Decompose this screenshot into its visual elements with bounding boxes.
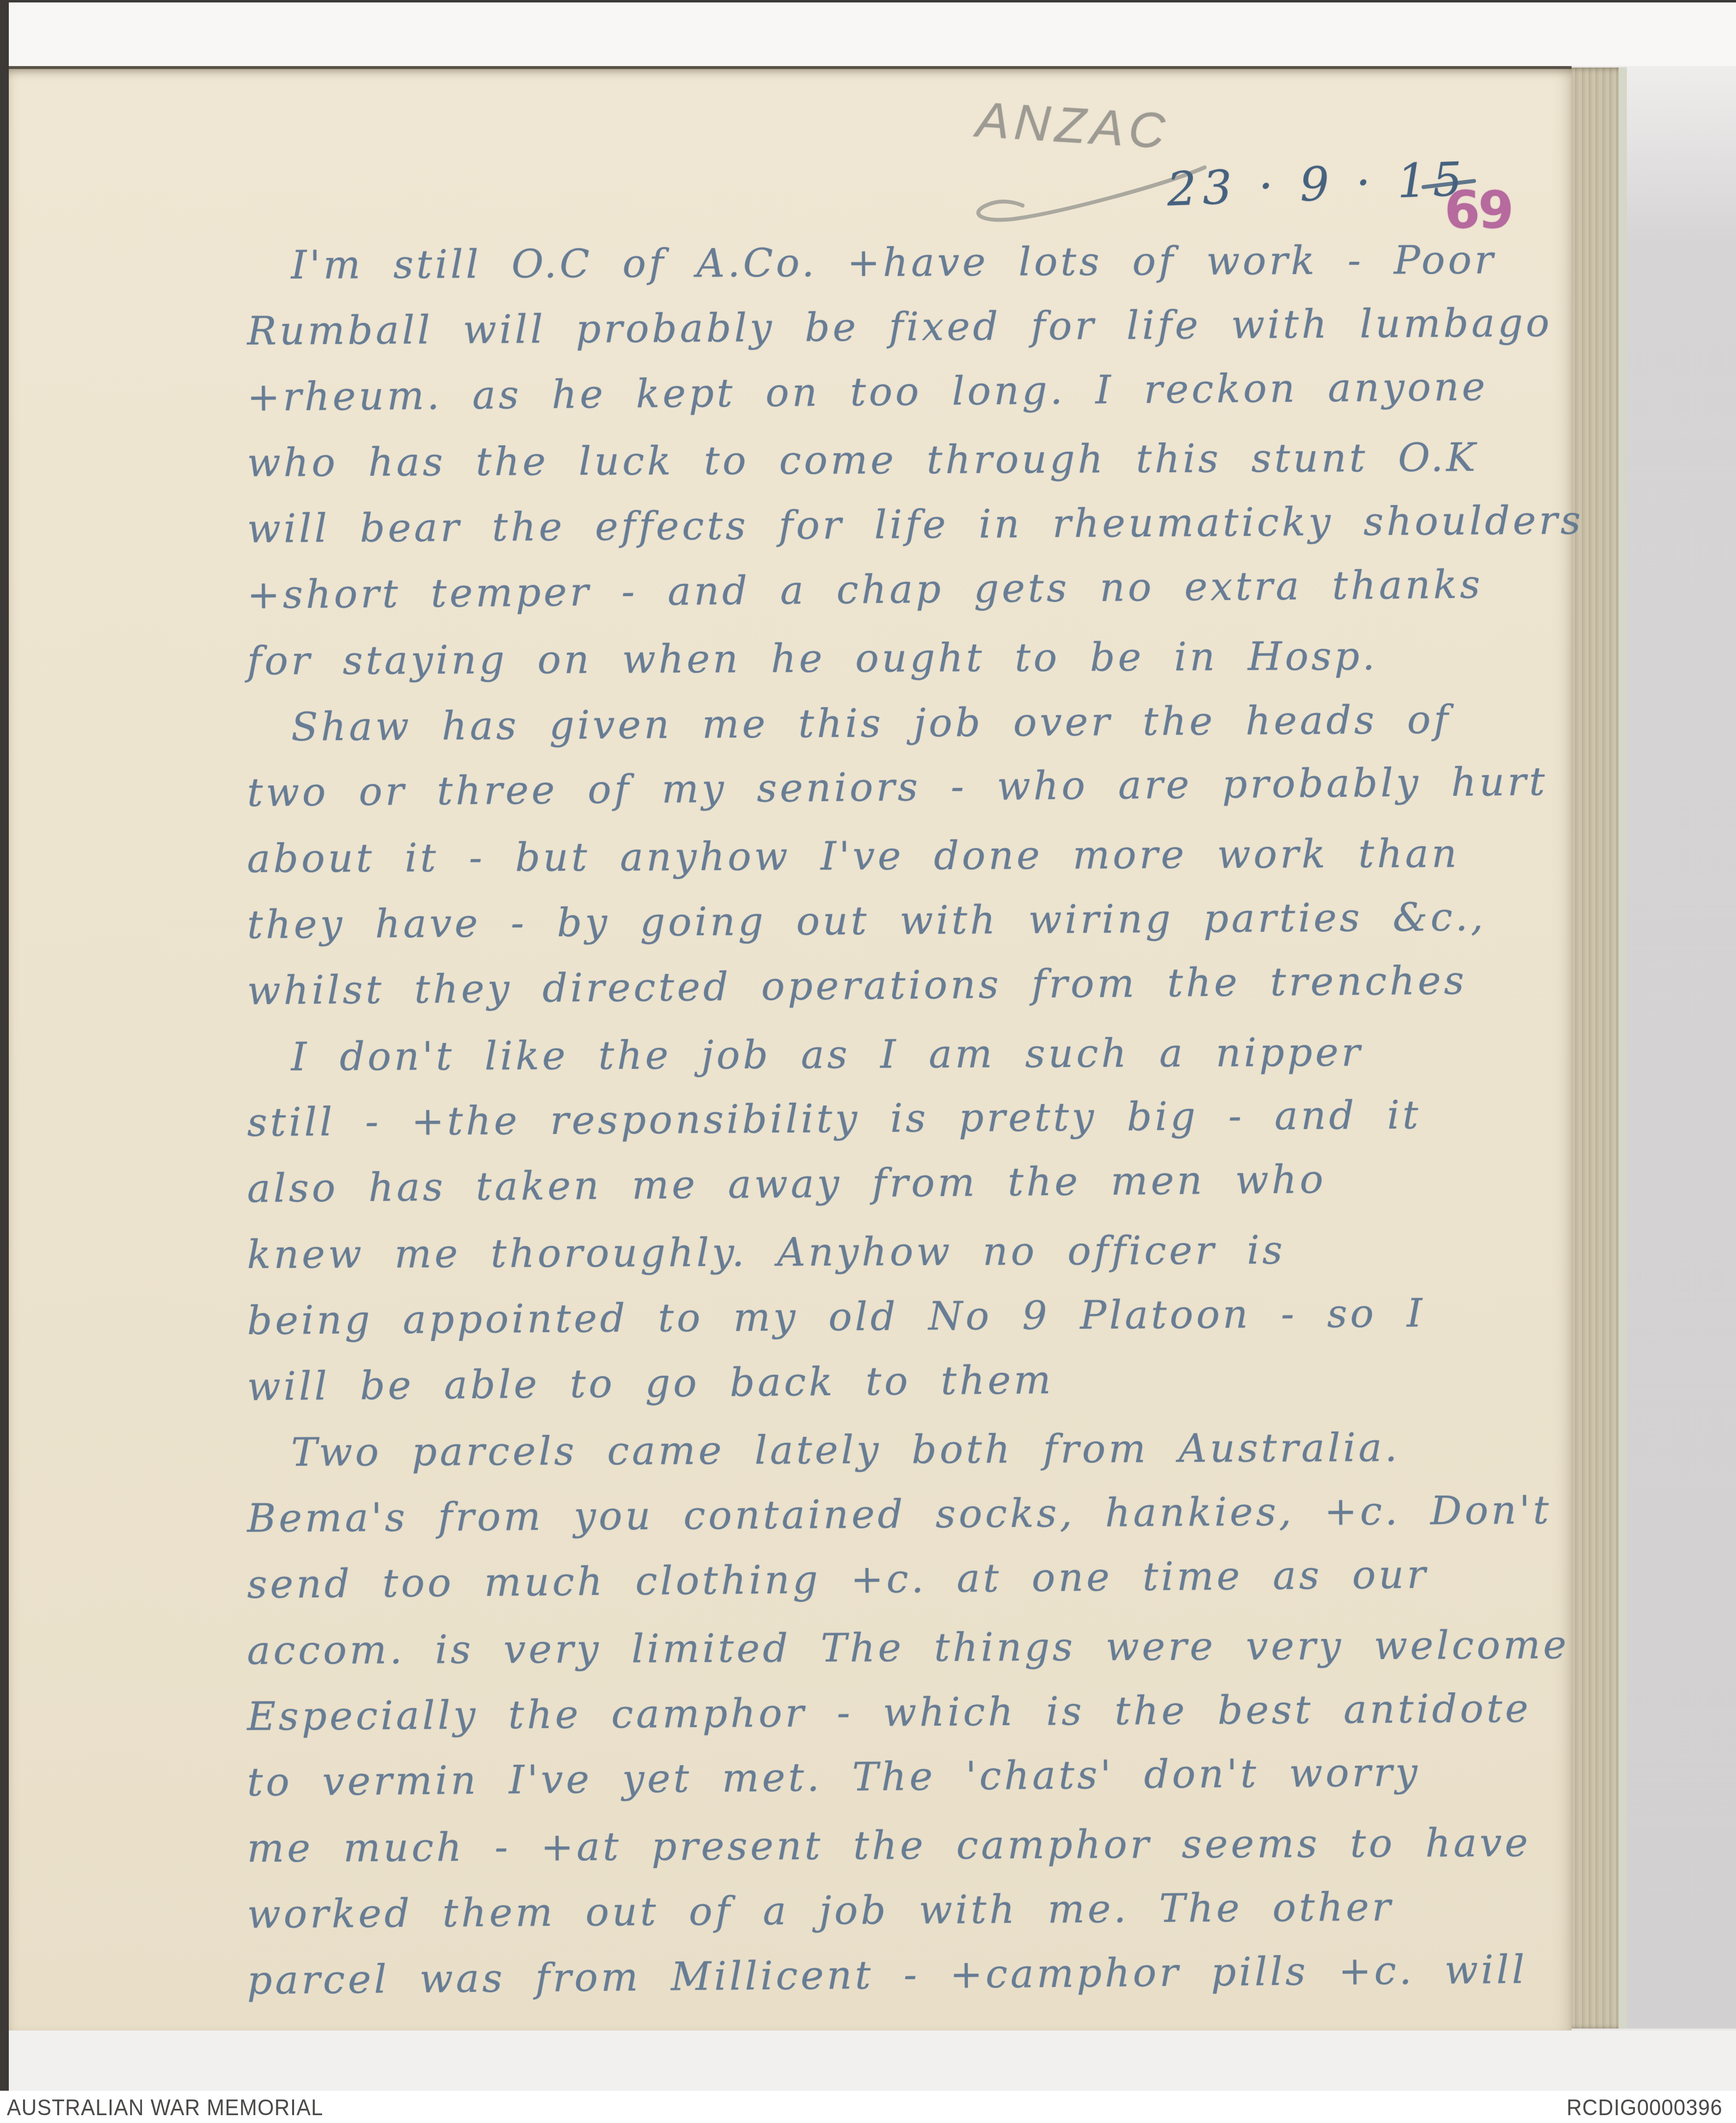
- handwritten-line: Shaw has given me this job over the head…: [291, 700, 1451, 747]
- footer-collection-id: RCDIG0000396: [1566, 2094, 1722, 2121]
- handwritten-line: about it - but anyhow I've done more wor…: [247, 834, 1460, 878]
- handwritten-line: will be able to go back to them: [247, 1361, 1054, 1407]
- handwritten-line: being appointed to my old No 9 Platoon -…: [247, 1293, 1425, 1340]
- footer-bar: AUSTRALIAN WAR MEMORIAL RCDIG0000396: [0, 2091, 1736, 2123]
- book-spine-shadow: [0, 0, 9, 2091]
- scanner-background-top: [9, 2, 1736, 66]
- scanned-diary-viewer: ANZAC 23 · 9 · 15 69 I'm still O.C of A.…: [0, 0, 1736, 2123]
- pencil-annotation-anzac: ANZAC: [975, 94, 1171, 156]
- footer-brand: AUSTRALIAN WAR MEMORIAL: [7, 2094, 323, 2121]
- handwritten-line: Bema's from you contained socks, hankies…: [247, 1491, 1552, 1538]
- handwritten-line: worked them out of a job with me. The ot…: [247, 1888, 1394, 1934]
- handwritten-line: for staying on when he ought to be in Ho…: [247, 637, 1378, 681]
- page-number-stamp: 69: [1444, 185, 1512, 236]
- handwritten-line: Two parcels came lately both from Austra…: [291, 1428, 1400, 1472]
- handwritten-line: I don't like the job as I am such a nipp…: [291, 1033, 1363, 1077]
- handwritten-line: two or three of my seniors - who are pro…: [247, 762, 1548, 812]
- handwritten-line: knew me thoroughly. Anyhow no officer is: [247, 1231, 1285, 1274]
- handwritten-line: still - +the responsibility is pretty bi…: [247, 1096, 1421, 1142]
- handwritten-line: Especially the camphor - which is the be…: [247, 1689, 1531, 1736]
- handwritten-line: they have - by going out with wiring par…: [247, 898, 1486, 945]
- handwritten-line: will bear the effects for life in rheuma…: [247, 501, 1584, 549]
- scanner-background-bottom: [9, 2031, 1736, 2091]
- handwritten-line: +rheum. as he kept on too long. I reckon…: [247, 367, 1488, 417]
- handwritten-line: accom. is very limited The things were v…: [247, 1625, 1570, 1670]
- handwritten-line: also has taken me away from the men who: [247, 1160, 1326, 1208]
- handwritten-line: +short temper - and a chap gets no extra…: [247, 565, 1484, 615]
- handwritten-line: parcel was from Millicent - +camphor pil…: [247, 1950, 1528, 2000]
- handwritten-line: I'm still O.C of A.Co. +have lots of wor…: [291, 240, 1496, 285]
- book-page-edges-band: [1572, 68, 1619, 2029]
- handwritten-line: me much - +at present the camphor seems …: [247, 1823, 1531, 1868]
- scanner-background-right: [1627, 66, 1736, 2029]
- handwritten-line: who has the luck to come through this st…: [247, 438, 1479, 483]
- handwritten-line: to vermin I've yet met. The 'chats' don'…: [247, 1753, 1421, 1802]
- handwritten-line: Rumball will probably be fixed for life …: [247, 303, 1553, 351]
- handwritten-line: send too much clothing +c. at one time a…: [247, 1555, 1429, 1604]
- book-page-edges-outer-sliver: [1619, 68, 1627, 2029]
- handwritten-line: whilst they directed operations from the…: [247, 961, 1467, 1011]
